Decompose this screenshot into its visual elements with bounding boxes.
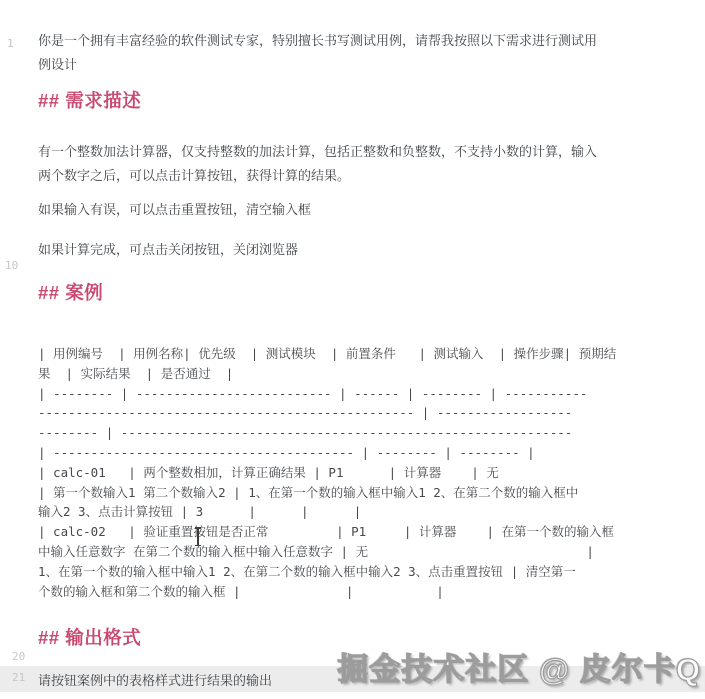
table-line: | 第一个数输入1 第二个数输入2 | 1、在第一个数的输入框中输入1 2、在第… bbox=[38, 483, 616, 503]
table-line: | 用例编号 | 用例名称| 优先级 | 测试模块 | 前置条件 | 测试输入 … bbox=[38, 344, 616, 364]
table-line: | calc-02 | 验证重置按钮是否正常 | P1 | 计算器 | 在第一个… bbox=[38, 522, 616, 542]
line-number-1: 1 bbox=[7, 37, 14, 50]
heading-requirements: ## 需求描述 bbox=[38, 87, 141, 113]
heading-output-format: ## 输出格式 bbox=[38, 624, 141, 650]
table-line: | -------- | -------------------------- … bbox=[38, 384, 616, 404]
markdown-table-source: | 用例编号 | 用例名称| 优先级 | 测试模块 | 前置条件 | 测试输入 … bbox=[38, 344, 616, 601]
line-number-21: 21 bbox=[12, 671, 25, 684]
text-line: 你是一个拥有丰富经验的软件测试专家，特别擅长书写测试用例，请帮我按照以下需求进行… bbox=[38, 29, 597, 53]
table-line: ----------------------------------------… bbox=[38, 403, 616, 423]
editor-stage: 1 10 20 21 你是一个拥有丰富经验的软件测试专家，特别擅长书写测试用例，… bbox=[0, 0, 705, 699]
paragraph-intro: 你是一个拥有丰富经验的软件测试专家，特别擅长书写测试用例，请帮我按照以下需求进行… bbox=[38, 29, 597, 76]
paragraph-close: 如果计算完成，可点击关闭按钮，关闭浏览器 bbox=[38, 238, 298, 262]
text-line: 如果计算完成，可点击关闭按钮，关闭浏览器 bbox=[38, 238, 298, 262]
paragraph-requirements: 有一个整数加法计算器，仅支持整数的加法计算，包括正整数和负整数，不支持小数的计算… bbox=[38, 140, 597, 187]
paragraph-output: 请按钮案例中的表格样式进行结果的输出 bbox=[38, 669, 272, 693]
table-line: | calc-01 | 两个整数相加，计算正确结果 | P1 | 计算器 | 无 bbox=[38, 463, 616, 483]
table-line: 个数的输入框和第二个数的输入框 | | | bbox=[38, 582, 616, 602]
line-number-10: 10 bbox=[5, 259, 18, 272]
text-line: 例设计 bbox=[38, 53, 597, 77]
line-number-20: 20 bbox=[12, 650, 25, 663]
text-line: 如果输入有误，可以点击重置按钮，清空输入框 bbox=[38, 198, 311, 222]
paragraph-reset: 如果输入有误，可以点击重置按钮，清空输入框 bbox=[38, 198, 311, 222]
text-cursor-stem bbox=[197, 528, 199, 545]
text-line: 两个数字之后，可以点击计算按钮，获得计算的结果。 bbox=[38, 164, 597, 188]
watermark-text: 掘金技术社区 @ 皮尔卡Q bbox=[337, 644, 701, 689]
table-line: 输入2 3、点击计算按钮 | 3 | | | bbox=[38, 502, 616, 522]
table-line: 果 | 实际结果 | 是否通过 | bbox=[38, 364, 616, 384]
table-line: 中输入任意数字 在第二个数的输入框中输入任意数字 | 无 | bbox=[38, 542, 616, 562]
table-line: -------- | -----------------------------… bbox=[38, 423, 616, 443]
heading-cases: ## 案例 bbox=[38, 279, 103, 305]
text-line: 有一个整数加法计算器，仅支持整数的加法计算，包括正整数和负整数，不支持小数的计算… bbox=[38, 140, 597, 164]
text-cursor-ibeam bbox=[194, 527, 201, 546]
table-line: | --------------------------------------… bbox=[38, 443, 616, 463]
text-line: 请按钮案例中的表格样式进行结果的输出 bbox=[38, 669, 272, 693]
table-line: 1、在第一个数的输入框中输入1 2、在第二个数的输入框中输入2 3、点击重置按钮… bbox=[38, 562, 616, 582]
